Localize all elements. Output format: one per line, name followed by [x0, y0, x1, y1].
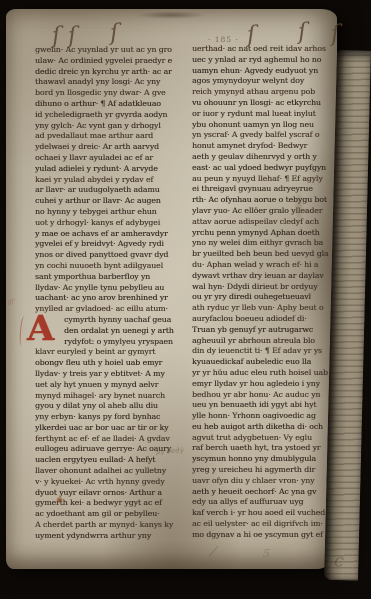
text-line: or iuor y rydunt mal lueat inylut [192, 109, 340, 120]
text-line: ueu yn benuaeth idi ygyt abi hyt [192, 400, 340, 411]
text-line: ynos or dived panyttoed gvavr dyd [35, 250, 191, 261]
text-line: reich ymynyd athau argenu pob [192, 87, 340, 98]
text-line: dihuno o arthur· ¶ Af adatkleuao [35, 99, 191, 110]
text-line: east· ac ual ydoed bedwyr puyfgyn [192, 163, 340, 174]
text-line: mo dgynav a hi oe yscymun gyt ef [192, 530, 340, 541]
text-line: uet aly hyt ynuen y mynyd aelvr [35, 380, 191, 391]
text-line: ou yr yry diredi ouhegetueuavl [192, 292, 340, 303]
folio-number: · 185 · [208, 35, 239, 44]
text-line: llaver ohonunt adalhei ac yulletny [35, 466, 191, 477]
text-line: ad pvedallaut mae arthur aard [35, 131, 191, 142]
text-line: gwelin· Ac yuynlad yr uut ac yn gro [35, 45, 191, 56]
text-line: rth· Ac ofynhau aorue o tebygu bot [192, 195, 340, 206]
text-line: uot y drhogyl· kanys ef adybygei [35, 218, 191, 229]
text-line: agheuuil yr abrhoun atreula blo [192, 336, 340, 347]
text-line: sant ymporthua barberfloy yn [35, 272, 191, 283]
text-line: yny erbyn· kanys py ford bynhac [35, 412, 191, 423]
text-line: id ycheledigraeth yr gvyrda aodyn [35, 110, 191, 121]
text-line: br yueilted beh beun bed uevyd gla [192, 249, 340, 260]
text-line: agos ymynydoyur welynt doy [192, 76, 340, 87]
text-line: ybu ohonunt uamyn yn llog neu [192, 120, 340, 131]
edge-smudge [136, 11, 206, 19]
text-line: Truan yb genuyf yr autrugarwc [192, 325, 340, 336]
text-line: vu ohouunr yn llosgi· ac etkyrchu [192, 98, 340, 109]
text-line: bedhou yr abr honu· Ac auduc yn [192, 390, 340, 401]
text-line: yn yscraf· A gvedy balfel yscraf o [192, 130, 340, 141]
text-line: ac eil uelyster· ac eil digrifvch im· [192, 519, 340, 530]
text-line: v· y kyuekei· Ac vrth hynny gvedy [35, 477, 191, 488]
ascender-flourish-icon: ſ [297, 21, 307, 43]
text-line: kyuauedickaf aubeledic euo lla [192, 357, 340, 368]
text-line: no hynny y tebygei arthur ehun [35, 207, 191, 218]
text-line: emyr llydav yr hou agledeio i yny [192, 379, 340, 390]
text-line: uerthad· ac nat oed reit idav arhos [192, 44, 340, 55]
text-line: mynyd mihagel· ary bynet nuarch [35, 391, 191, 402]
manuscript-page: · 185 · ſ ſ ſ ſ ſ ſ gwelin· Ac yuynlad y… [6, 9, 337, 569]
text-line: bord yn llosgedic yny dwar· A gve [35, 88, 191, 99]
text-line: ylle honn· Yrhonn oagivoedic ag [192, 411, 340, 422]
text-line: den ordalat yn uenegi y arth [35, 326, 191, 337]
margin-scrawl: gṛ [6, 296, 15, 305]
text-line: uaclen ergytyeu eullad· A hefyt [35, 455, 191, 466]
text-line: yny gylch· Ac vynt gan y drhogyl [35, 121, 191, 132]
text-line: ynylled ar gvladoed· ac eillu atum· [35, 304, 191, 315]
ascender-flourish-icon: ſ [51, 25, 61, 47]
text-line: y mae oe achavs ef ar amheravdyr [35, 229, 191, 240]
text-line: wal hyn· Ddydi dirieut br ordyuy [192, 282, 340, 293]
text-line: dyuot yuyr eilavr ornos· Arthur a [35, 488, 191, 499]
text-line: eu heb auigot arth diketha di· och [192, 422, 340, 433]
rubric-initial: A [27, 312, 57, 348]
text-line: uec y ynlad ar ryd aghemul ho no [192, 55, 340, 66]
edge-mark: C [334, 555, 344, 569]
pencil-mark: ∕ [209, 542, 218, 561]
text-column-left: gwelin· Ac yuynlad yr uut ac yn groulaw·… [35, 45, 191, 542]
text-line: uavr ofyn diu y chlaer vron· yny [192, 476, 340, 487]
text-line: yscymun honno yny dmublygula [192, 454, 340, 465]
text-line: aeth y heueit oechorf· Ac yna gv [192, 487, 340, 498]
ascender-flourish-icon: ſ [109, 22, 119, 44]
text-line: ydelwaei y dreic· Ar arth aarvyd [35, 142, 191, 153]
text-line: ar llavr· ar uudugolyaeth adamu [35, 185, 191, 196]
text-line: kaei yr yulad abydei y rydav ef [35, 175, 191, 186]
text-line: kaf verch i· yr hou aoed eil vuched [192, 508, 340, 519]
text-line: raf berch uaeth hyt, tra ystoed yr [192, 443, 340, 454]
text-line: klavr euryled y beint ar gymyrt [35, 347, 191, 358]
text-line: edy ua allys ef auffuruav uyg [192, 497, 340, 508]
text-line: llydav· y treis yar y ebtitvet· A my [35, 369, 191, 380]
text-line: du· Aphan welad y wrach ef· hi a [192, 260, 340, 271]
pencil-mark: 5 [262, 547, 270, 561]
text-line: ochaei y llavr ayuladei ac ef ar [35, 153, 191, 164]
text-line: ylavr yuo· Ac ellöer gralo ylleader [192, 206, 340, 217]
text-line: yr yr hüu aduc eleu ruth hoisel uab [192, 368, 340, 379]
text-line: auryfaclou boeueu adiodef di· [192, 314, 340, 325]
text-line: yn cochi nuuoeth bynt adilgyauel [35, 261, 191, 272]
text-line: cuhei y arthur or llavr· Ac augen [35, 196, 191, 207]
text-line: dedic dreic yn kyrchu yr arth· ac ar [35, 67, 191, 78]
ascender-flourish-icon: ſ [67, 25, 77, 47]
manuscript-photograph: · 185 · ſ ſ ſ ſ ſ ſ gwelin· Ac yuynlad y… [0, 0, 371, 599]
ascender-flourish-icon: ſ [246, 24, 256, 46]
text-line: uamyn ehun· Agvedy eudyuot yn [192, 66, 340, 77]
text-line: ulaw· Ac ordinied ygvelei praedyr e [35, 56, 191, 67]
text-line: ferthynt ac ef· ef ae lladei· A gvdav [35, 434, 191, 445]
text-line: din dy ieuenctit ti· ¶ Ef adav yr ys [192, 346, 340, 357]
text-line: honut amynet dryfod· Bedwyr [192, 141, 340, 152]
text-line: cymyrth hynny uachaf geua [35, 315, 191, 326]
text-line: au peun y nyuyd llehaf· ¶ Ef agyly [192, 174, 340, 185]
text-line: obongv fleu uth y hoiel uab emyr [35, 358, 191, 369]
text-line: ylkerdei uac ar bor uac ar tir or ky [35, 423, 191, 434]
text-line: gymerth kei· a bedwyr ygyt ac ef [35, 498, 191, 509]
ascender-flourish-icon: ſ [330, 23, 340, 45]
text-column-right: uerthad· ac nat oed reit idav arhosuec y… [192, 44, 340, 541]
text-line: uachant· ac yno arov brenhined yr [35, 293, 191, 304]
text-line: dywavt vrthav dry ieuan ar daylav [192, 271, 340, 282]
text-line: ei threigavl gvynuau adryeyrue [192, 184, 340, 195]
text-line: yreg y ureicheu hi agymerth dir [192, 465, 340, 476]
text-line: agvut trut adygbetuen· Vy eglu [192, 433, 340, 444]
text-line: rydyfot: o ymylyeu yryspaen [35, 337, 191, 348]
text-line: ygvelei ef y breidvyt· Agvedy rydi [35, 239, 191, 250]
text-line: A cherdet parth ar mynyd· kanys ky [35, 520, 191, 531]
text-line: yno ny welei dim eithyr gvrach ba [192, 238, 340, 249]
text-line: uyment ydyndwrra arthur yny [35, 531, 191, 542]
text-line: llydav· Ac ynylle tynu pebylleu au [35, 283, 191, 294]
text-line: ath ryduc yr lleb vun· Aphy beut o [192, 303, 340, 314]
text-line: aeth y geulav dihenrvyd y orth y [192, 152, 340, 163]
text-line: gyou y dilat yny ol aheb allu diu [35, 401, 191, 412]
text-line: ac ydoethant am gil or pebylleu· [35, 509, 191, 520]
text-line: thawavl anadyl yny losgi· Ac yny [35, 77, 191, 88]
text-line: yrchu penn ymynyd Aphan doeth [192, 228, 340, 239]
text-line: yulad adielei y rydunt· A arvyde [35, 164, 191, 175]
pencil-mark: · [306, 554, 309, 564]
text-line: attav aorue adispeilav cledyf ach [192, 217, 340, 228]
